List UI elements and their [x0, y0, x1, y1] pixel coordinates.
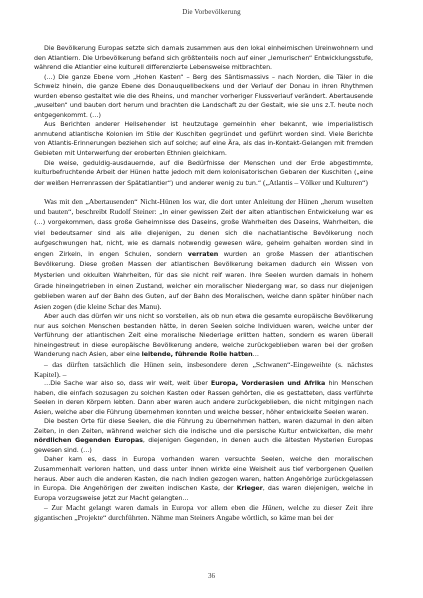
text-run: … — [253, 351, 259, 358]
running-header: Die Vorbevölkerung — [0, 8, 423, 16]
bold-text: leitende, führende Rolle hatten — [142, 351, 253, 358]
text-run: (die kleine Schar des Manu). — [74, 302, 162, 311]
text-run: – das dürften tatsächlich die Hünen sein… — [34, 360, 373, 379]
bold-text: verraten — [188, 251, 218, 258]
text-run: Die Bevölkerung Europas setzte sich dama… — [34, 45, 373, 71]
text-run: (…) Die ganze Ebene vom „Hohen Kasten“ –… — [34, 74, 373, 119]
document-page: Die Vorbevölkerung Die Bevölkerung Europ… — [0, 0, 423, 598]
paragraph: Die besten Orte für diese Seelen, die di… — [34, 417, 373, 455]
paragraph: Aber auch das dürfen wir uns nicht so vo… — [34, 312, 373, 360]
paragraph-gap — [34, 188, 373, 197]
italic-text: Hünen — [262, 503, 282, 512]
page-number: 36 — [0, 572, 423, 580]
text-run: …Die Sache war also so, dass wir weit, w… — [44, 380, 211, 387]
bold-text: Krieger — [237, 485, 263, 492]
paragraph: Die weise, geduldig-ausdauernde, auf die… — [34, 159, 373, 189]
paragraph: Aus Berichten anderer Hellsehender ist h… — [34, 120, 373, 158]
text-run: Aus Berichten anderer Hellsehender ist h… — [34, 121, 373, 157]
paragraph: – das dürften tatsächlich die Hünen sein… — [34, 360, 373, 379]
text-run: – Zur Macht gelangt waren damals in Euro… — [44, 503, 262, 512]
body-text: Die Bevölkerung Europas setzte sich dama… — [34, 44, 373, 522]
paragraph: Die Bevölkerung Europas setzte sich dama… — [34, 44, 373, 73]
paragraph: …Die Sache war also so, dass wir weit, w… — [34, 379, 373, 417]
paragraph: Was mit den „Abertausenden“ Nicht-Hünen … — [34, 197, 373, 312]
text-run: Die besten Orte für diese Seelen, die di… — [34, 418, 373, 435]
bold-text: nördlichen Gegenden Europas — [34, 437, 143, 444]
paragraph: (…) Die ganze Ebene vom „Hohen Kasten“ –… — [34, 73, 373, 121]
bold-text: Europa, Vorderasien und Afrika — [211, 380, 325, 387]
paragraph: – Zur Macht gelangt waren damals in Euro… — [34, 503, 373, 522]
paragraph: Daher kam es, dass in Europa vorhanden w… — [34, 455, 373, 503]
text-run: („Atlantis – Völker und Kulturen“) — [263, 178, 368, 187]
